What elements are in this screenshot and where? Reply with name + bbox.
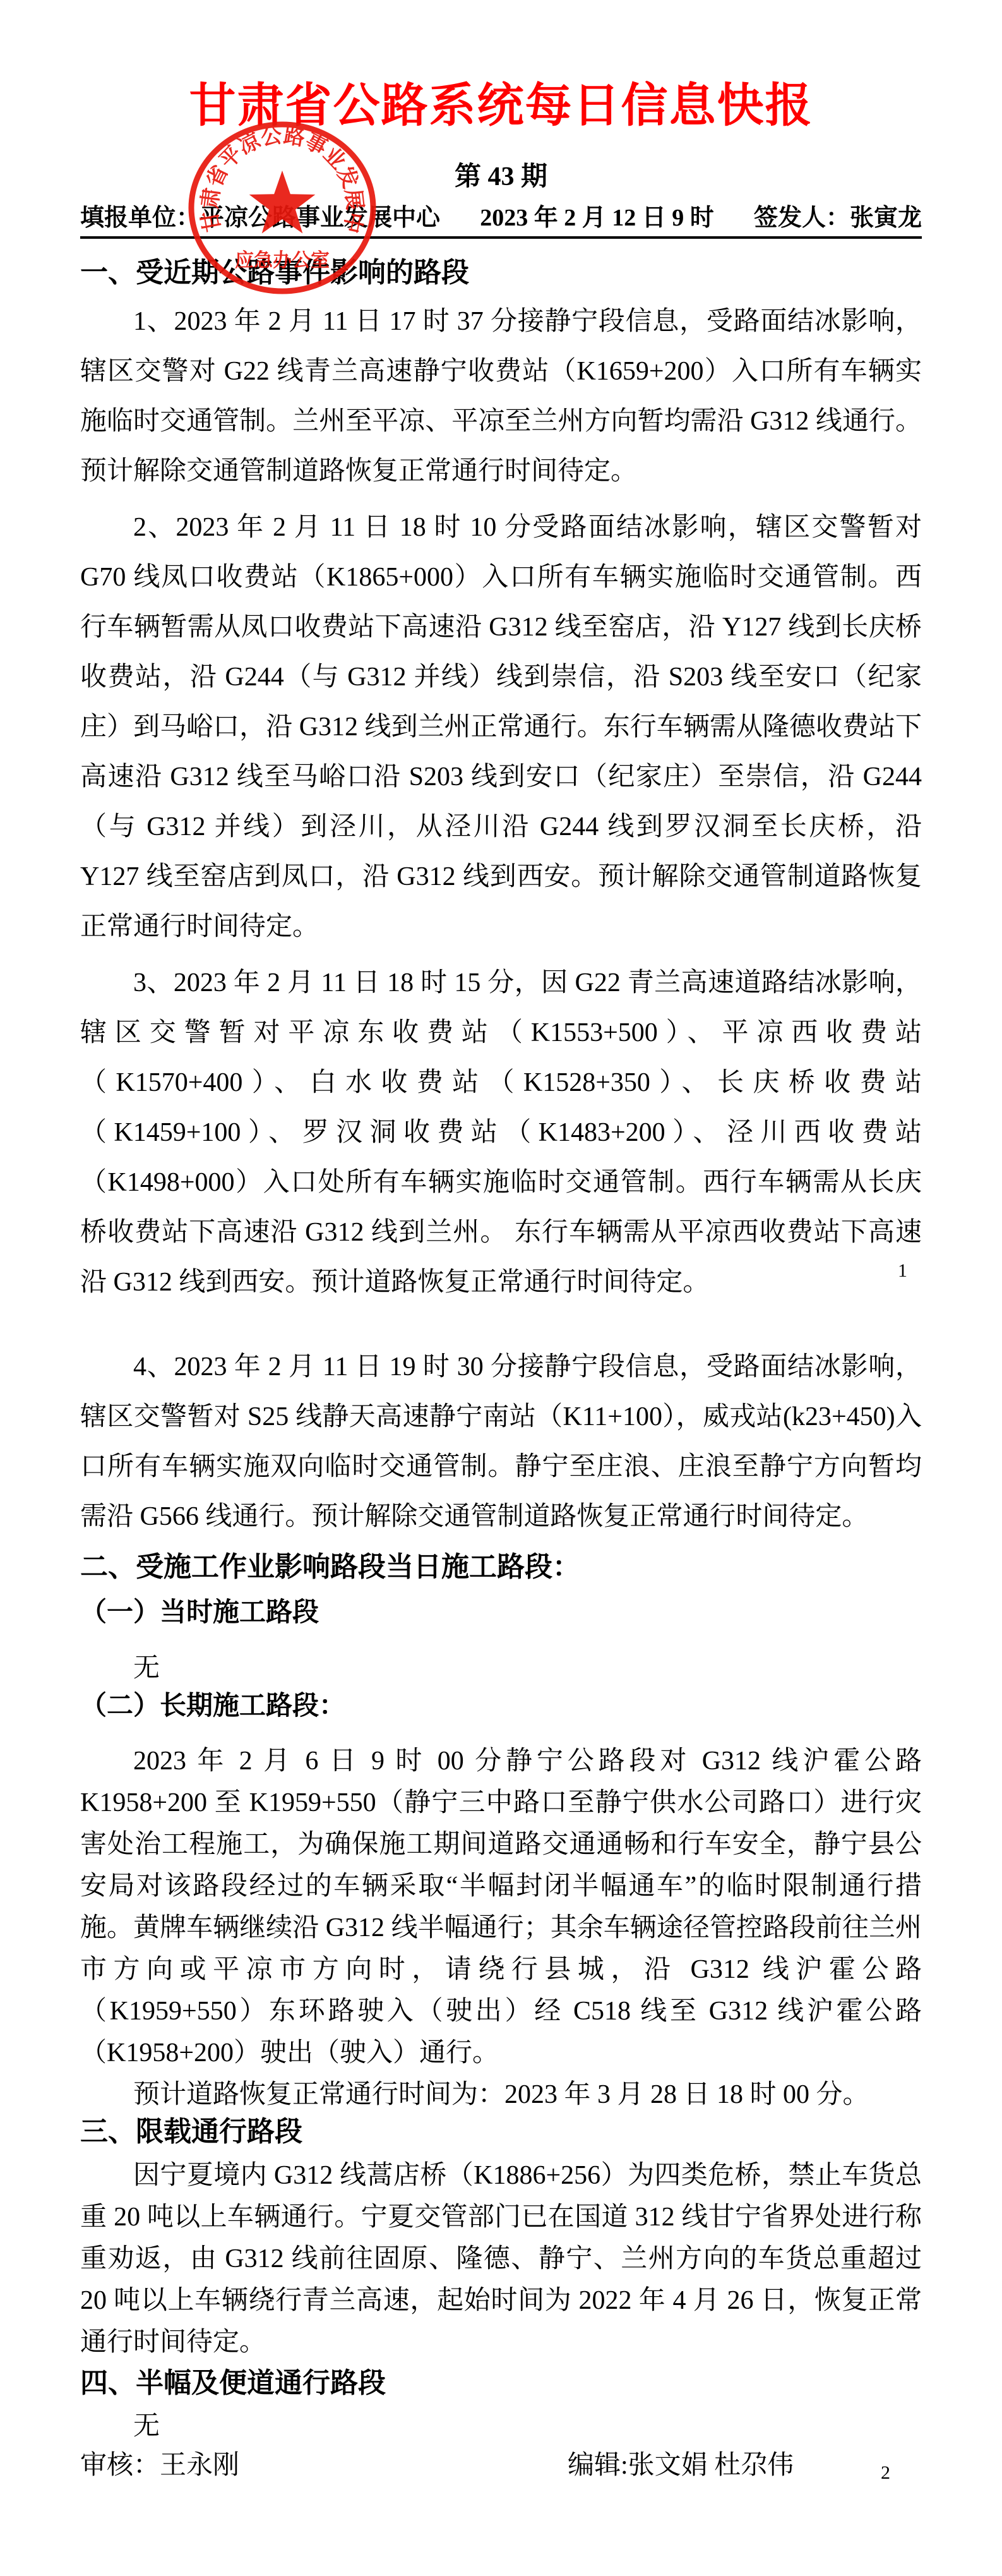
section1-paragraph-3: 3、2023 年 2 月 11 日 18 时 15 分，因 G22 青兰高速道路… <box>80 958 922 1308</box>
reporting-unit: 填报单位：平凉公路事业发展中心 <box>80 202 440 234</box>
meta-row: 填报单位：平凉公路事业发展中心 2023 年 2 月 12 日 9 时 签发人：… <box>80 202 922 239</box>
section4-content: 无 <box>80 2410 922 2443</box>
footer-editors: 编辑:张文娟 杜尕伟 <box>568 2449 794 2482</box>
document-content: 甘肃省公路系统每日信息快报 第 43 期 填报单位：平凉公路事业发展中心 202… <box>80 0 922 2482</box>
page-title: 甘肃省公路系统每日信息快报 <box>80 81 922 131</box>
report-datetime: 2023 年 2 月 12 日 9 时 <box>480 202 714 234</box>
signer: 签发人：张寅龙 <box>754 202 922 234</box>
page-number-2: 2 <box>881 2462 890 2484</box>
section1-heading: 一、受近期公路事件影响的路段 <box>80 256 922 289</box>
footer-row: 审核：王永刚 编辑:张文娟 杜尕伟 <box>80 2449 922 2482</box>
page-number-1: 1 <box>898 1260 907 1282</box>
section1-paragraph-4: 4、2023 年 2 月 11 日 19 时 30 分接静宁段信息，受路面结冰影… <box>80 1342 922 1542</box>
section1-paragraph-2: 2、2023 年 2 月 11 日 18 时 10 分受路面结冰影响，辖区交警暂… <box>80 503 922 952</box>
issue-number: 第 43 期 <box>80 162 922 192</box>
footer-reviewer: 审核：王永刚 <box>80 2449 239 2482</box>
section2-sub1-content: 无 <box>80 1652 922 1685</box>
section2-sub1-label: （一）当时施工路段 <box>80 1596 922 1629</box>
section2-sub2-paragraph: 2023 年 2 月 6 日 9 时 00 分静宁公路段对 G312 线沪霍公路… <box>80 1740 922 2074</box>
section4-heading: 四、半幅及便道通行路段 <box>80 2367 922 2400</box>
section3-paragraph: 因宁夏境内 G312 线蒿店桥（K1886+256）为四类危桥，禁止车货总重 2… <box>80 2155 922 2363</box>
bulletin-page: 甘肃省公路系统每日信息快报 第 43 期 填报单位：平凉公路事业发展中心 202… <box>0 0 1002 2576</box>
section2-sub2-label: （二）长期施工路段： <box>80 1690 922 1723</box>
section1-paragraph-1: 1、2023 年 2 月 11 日 17 时 37 分接静宁段信息，受路面结冰影… <box>80 297 922 497</box>
section3-heading: 三、限载通行路段 <box>80 2116 922 2148</box>
section2-sub2-note: 预计道路恢复正常通行时间为：2023 年 3 月 28 日 18 时 00 分。 <box>80 2074 922 2116</box>
section2-heading: 二、受施工作业影响路段当日施工路段： <box>80 1551 922 1584</box>
